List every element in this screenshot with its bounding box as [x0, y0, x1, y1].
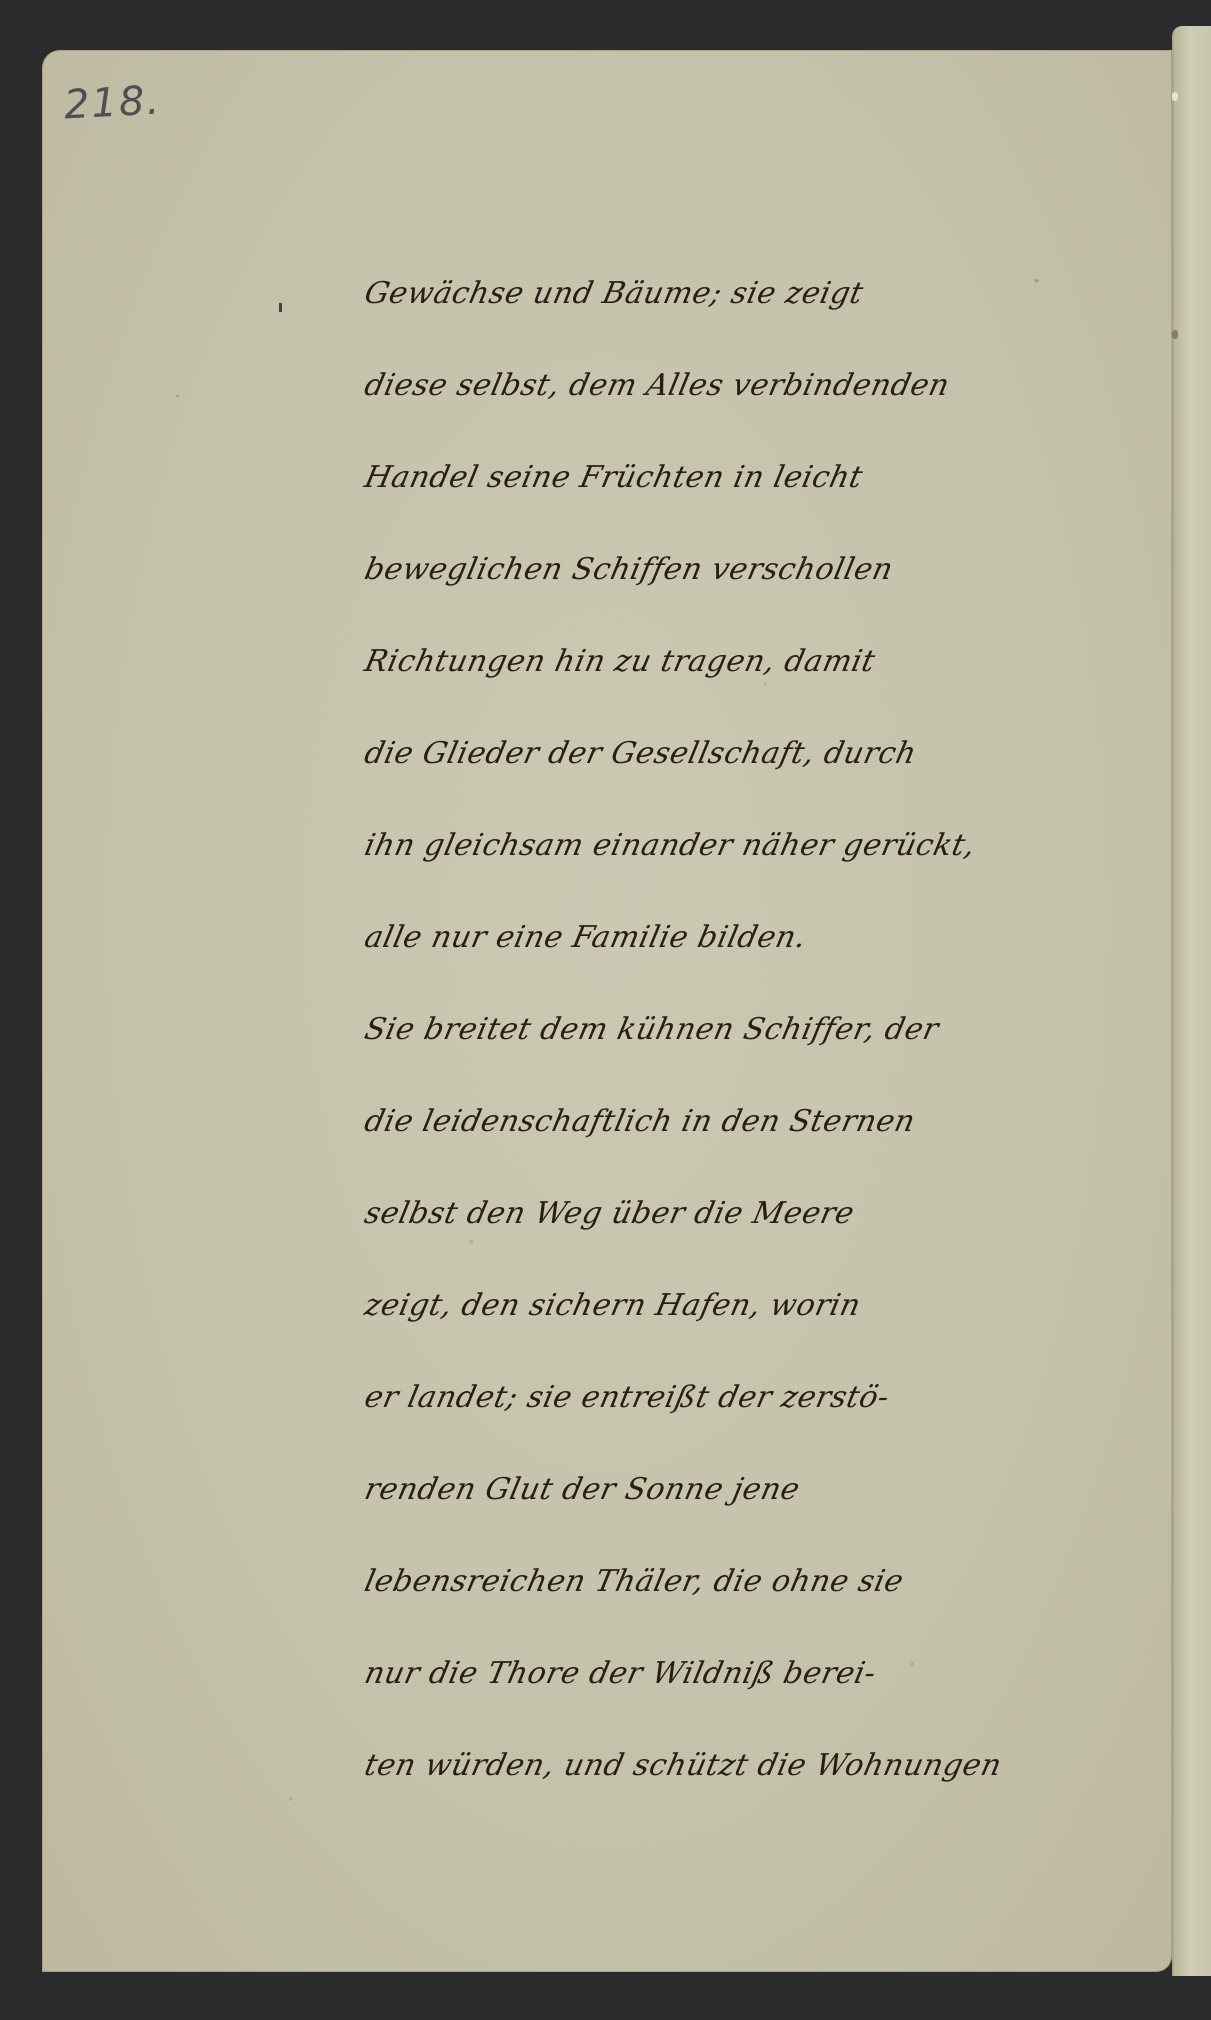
text-line: Handel seine Früchten in leicht: [355, 432, 1155, 524]
text-line: die Glieder der Gesellschaft, durch: [355, 708, 1155, 800]
text-line: Gewächse und Bäume; sie zeigt: [355, 248, 1155, 340]
text-line: alle nur eine Familie bilden.: [355, 892, 1155, 984]
margin-mark: [279, 303, 282, 312]
text-line: beweglichen Schiffen verschollen: [355, 524, 1155, 616]
text-line: ten würden, und schützt die Wohnungen: [355, 1720, 1155, 1812]
spine-marker: [1172, 92, 1178, 101]
text-line: renden Glut der Sonne jene: [355, 1444, 1155, 1536]
folio-number: 218.: [63, 77, 162, 128]
handwritten-text-block: Gewächse und Bäume; sie zeigt diese selb…: [365, 248, 1145, 1812]
facing-page-edge: [1172, 26, 1211, 1976]
text-line: die leidenschaftlich in den Sternen: [355, 1076, 1155, 1168]
text-line: ihn gleichsam einander näher gerückt,: [355, 800, 1155, 892]
text-line: er landet; sie entreißt der zerstö-: [355, 1352, 1155, 1444]
text-line: diese selbst, dem Alles verbindenden: [355, 340, 1155, 432]
text-line: Richtungen hin zu tragen, damit: [355, 616, 1155, 708]
spine-marker: [1172, 330, 1178, 339]
text-line: nur die Thore der Wildniß berei-: [355, 1628, 1155, 1720]
text-line: Sie breitet dem kühnen Schiffer, der: [355, 984, 1155, 1076]
text-line: selbst den Weg über die Meere: [355, 1168, 1155, 1260]
text-line: zeigt, den sichern Hafen, worin: [355, 1260, 1155, 1352]
text-line: lebensreichen Thäler, die ohne sie: [355, 1536, 1155, 1628]
